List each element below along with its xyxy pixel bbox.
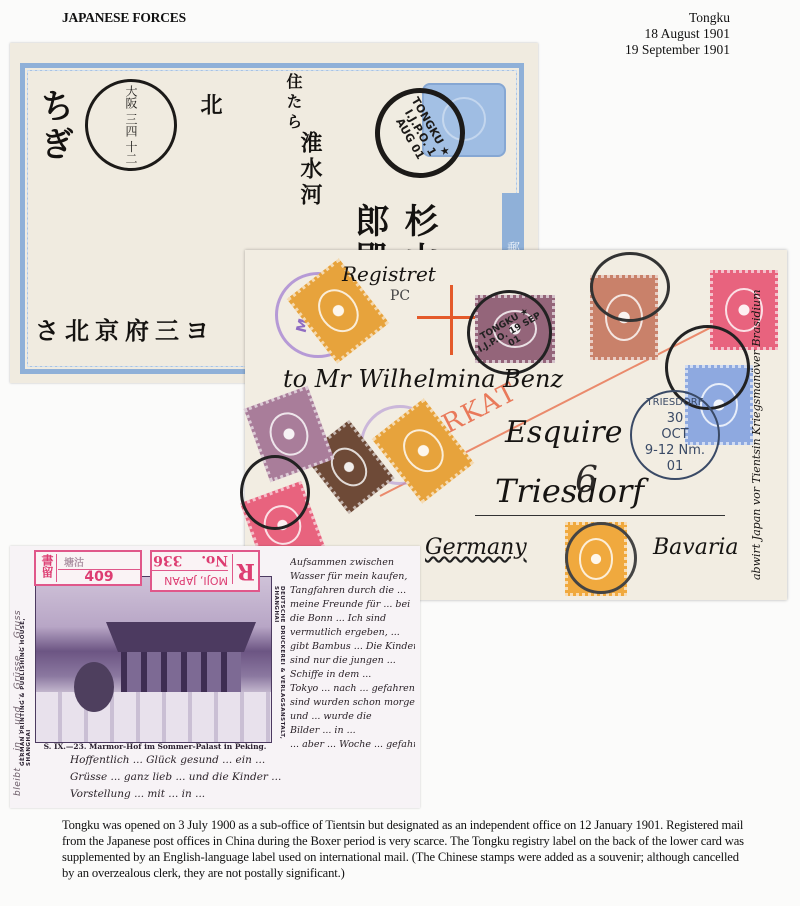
stamp-design bbox=[309, 282, 366, 341]
section-title: JAPANESE FORCES bbox=[62, 10, 186, 26]
manuscript-registered: Registret bbox=[342, 262, 436, 286]
summer-palace-photo bbox=[35, 576, 272, 743]
arrival-day: 30 bbox=[667, 411, 684, 427]
photo-tree bbox=[74, 662, 114, 712]
registry-en-number-row: No. 336 bbox=[152, 552, 228, 571]
date-first: 18 August 1901 bbox=[625, 26, 730, 42]
address-underline bbox=[475, 515, 725, 516]
postmark-text: TONGKU ★ I.J.P.O. 1 AUG 01 bbox=[384, 89, 455, 176]
message-line: Tangfahren durch die ... bbox=[290, 584, 415, 598]
registry-label-english: R MOJI, JAPAN No. 336 bbox=[150, 550, 260, 592]
tongku-cancel-2 bbox=[590, 252, 670, 322]
photo-caption: S. IX.—23. Marmor-Hof im Sommer-Palast i… bbox=[30, 742, 280, 751]
arrival-month: OCT bbox=[661, 427, 688, 443]
stamp-design bbox=[264, 407, 315, 461]
receiving-postmark: 大阪 三四 十二 bbox=[85, 79, 177, 171]
message-line: Schiffe in dem ... bbox=[290, 668, 415, 682]
triesdorf-arrival-cancel: TRIESDORF 30 OCT 9-12 Nm. 01 bbox=[630, 390, 720, 480]
message-line: die Bonn ... Ich sind bbox=[290, 612, 415, 626]
registry-label-japanese: 書留 塘沽 409 bbox=[34, 550, 142, 586]
date-second: 19 September 1901 bbox=[625, 42, 730, 58]
message-line: Tokyo ... nach ... gefahren, bbox=[290, 682, 415, 696]
address-line-1: to Mr Wilhelmina Benz bbox=[283, 365, 563, 393]
arrival-place: TRIESDORF bbox=[647, 395, 704, 411]
tongku-cancel-text: TONGKU ★ I.J.P.O. 19 SEP 01 bbox=[468, 300, 551, 365]
tongku-cancel-5 bbox=[565, 522, 637, 594]
address-brush-line-3: 住たら bbox=[282, 73, 305, 133]
exhibit-description: Tongku was opened on 3 July 1900 as a su… bbox=[62, 817, 752, 881]
message-bottom: Hoffentlich ... Glück gesund ... ein ...… bbox=[70, 752, 415, 803]
message-line: vermutlich ergeben, ... bbox=[290, 626, 415, 640]
tongku-cancel-4 bbox=[240, 455, 310, 530]
message-line: Hoffentlich ... Glück gesund ... ein ... bbox=[70, 752, 415, 769]
photo-hall bbox=[121, 652, 241, 692]
address-brush-line-4: 北 bbox=[195, 93, 226, 119]
sender-brush-char: ちぎ bbox=[30, 88, 79, 164]
address-region: Bavaria bbox=[653, 535, 739, 560]
message-line: gibt Bambus ... Die Kinder bbox=[290, 640, 415, 654]
address-line-3: Triesdorf bbox=[495, 472, 644, 510]
registry-jp-chars: 書留 bbox=[38, 554, 57, 582]
message-line: Grüsse ... ganz lieb ... und die Kinder … bbox=[70, 769, 415, 786]
message-line: meine Freunde für ... bei bbox=[290, 598, 415, 612]
message-line: Wasser für mein kaufen, bbox=[290, 570, 415, 584]
registry-jp-office: 塘沽 bbox=[64, 554, 84, 569]
pc-mark: PC bbox=[390, 288, 410, 304]
receiving-postmark-text: 大阪 三四 十二 bbox=[124, 85, 138, 165]
message-line: sind nur die jungen ... bbox=[290, 654, 415, 668]
handwritten-figure: 6 bbox=[575, 460, 598, 501]
page-heading-place-dates: Tongku 18 August 1901 19 September 1901 bbox=[625, 10, 730, 58]
message-line: sind wurden schon morgen bbox=[290, 696, 415, 710]
registry-jp-number: 409 bbox=[58, 569, 140, 584]
message-line: Vorstellung ... mit ... in ... bbox=[70, 786, 415, 803]
registry-en-office: MOJI, JAPAN bbox=[164, 574, 228, 587]
red-cross-vertical bbox=[450, 285, 453, 355]
stamp-design bbox=[323, 441, 374, 494]
side-note-vertical: abwirt Japan vor Tientsin Kriegsmanöver … bbox=[750, 260, 770, 580]
registry-en-number: 336 bbox=[153, 552, 182, 568]
picture-postcard-bottom: GERMAN PRINTING & PUBLISHING HOUSE, SHAN… bbox=[10, 546, 420, 808]
message-line: Aufsammen zwischen bbox=[290, 556, 415, 570]
address-country: Germany bbox=[425, 535, 527, 560]
message-margin-vertical: bleibt ... in ... und ... Grüsse ... Gru… bbox=[13, 596, 23, 796]
place-name: Tongku bbox=[625, 10, 730, 26]
address-brush-line-2: 淮水河 bbox=[295, 131, 326, 251]
imprint-right: DEUTSCHE DRUCKEREI & VERLAGSANSTALT, SHA… bbox=[273, 586, 285, 766]
photo-terrace bbox=[36, 692, 271, 742]
registry-en-letter: R bbox=[232, 554, 255, 584]
address-line-2: Esquire bbox=[505, 415, 623, 450]
registry-en-no-label: No. bbox=[201, 552, 228, 568]
message-column: Aufsammen zwischenWasser für mein kaufen… bbox=[290, 556, 415, 752]
stamp-design bbox=[394, 422, 451, 481]
bottom-brush-line: さ北京府三ヨ bbox=[35, 311, 215, 346]
message-line: Bilder ... in ... bbox=[290, 724, 415, 738]
arrival-year: 01 bbox=[667, 459, 684, 475]
message-line: und ... wurde die bbox=[290, 710, 415, 724]
arrival-time: 9-12 Nm. bbox=[645, 443, 705, 459]
message-line: ... aber ... Woche ... gefahren bbox=[290, 738, 415, 752]
photo-roof bbox=[106, 622, 256, 652]
